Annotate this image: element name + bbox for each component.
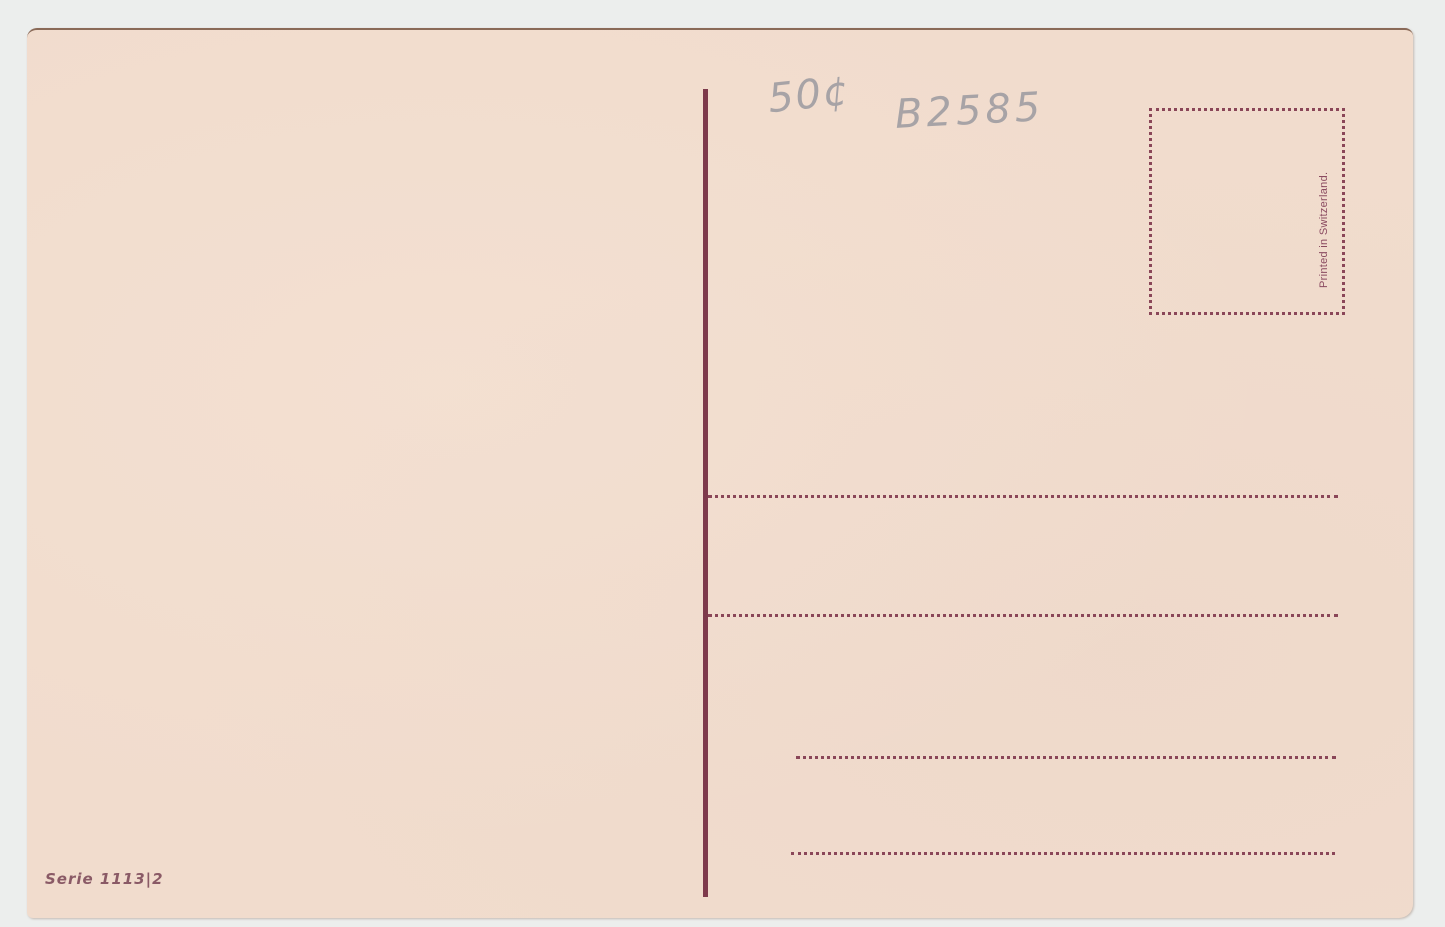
pencil-code-note: B2585	[894, 84, 1045, 138]
stamp-box	[1149, 108, 1345, 315]
address-line-2	[708, 614, 1338, 617]
address-line-1	[708, 495, 1338, 498]
pencil-price-note: 50¢	[766, 68, 853, 122]
center-divider-line	[703, 89, 708, 897]
series-label: Serie 1113|2	[45, 870, 164, 888]
address-line-4	[791, 852, 1335, 855]
address-line-3	[796, 756, 1336, 759]
printed-in-label: Printed in Switzerland.	[1318, 172, 1330, 288]
